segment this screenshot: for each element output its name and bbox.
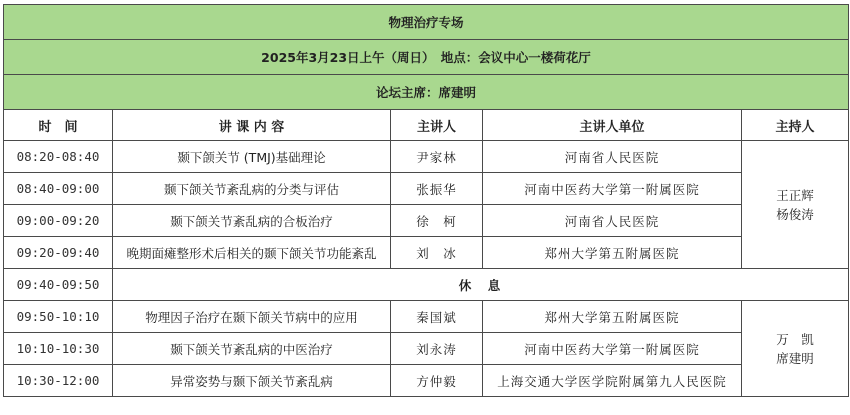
table-row: 09:00-09:20 颞下颌关节紊乱病的合板治疗 徐 柯 河南省人民医院 (4, 205, 849, 237)
table-row: 08:20-08:40 颞下颌关节 (TMJ)基础理论 尹家林 河南省人民医院 … (4, 141, 849, 173)
affiliation-cell: 河南省人民医院 (483, 205, 742, 237)
topic-cell: 颞下颌关节紊乱病的中医治疗 (113, 333, 391, 365)
affiliation-cell: 河南省人民医院 (483, 141, 742, 173)
topic-cell: 晚期面瘫整形术后相关的颞下颌关节功能紊乱 (113, 237, 391, 269)
schedule-table: 物理治疗专场 2025年3月23日上午（周日） 地点：会议中心一楼荷花厅 论坛主… (3, 4, 849, 397)
table-row: 10:10-10:30 颞下颌关节紊乱病的中医治疗 刘永涛 河南中医药大学第一附… (4, 333, 849, 365)
host-name: 王正辉 (742, 186, 848, 205)
affiliation-cell: 河南中医药大学第一附属医院 (483, 173, 742, 205)
header-speaker: 主讲人 (391, 110, 483, 141)
time-cell: 09:20-09:40 (4, 237, 113, 269)
header-topic: 讲 课 内 容 (113, 110, 391, 141)
table-row: 09:50-10:10 物理因子治疗在颞下颌关节病中的应用 秦国斌 郑州大学第五… (4, 301, 849, 333)
topic-cell: 颞下颌关节紊乱病的合板治疗 (113, 205, 391, 237)
host-cell-session1: 王正辉 杨俊涛 (742, 141, 849, 269)
affiliation-cell: 郑州大学第五附属医院 (483, 301, 742, 333)
speaker-cell: 秦国斌 (391, 301, 483, 333)
host-name: 万 凯 (742, 330, 848, 349)
topic-cell: 颞下颌关节紊乱病的分类与评估 (113, 173, 391, 205)
time-cell: 09:50-10:10 (4, 301, 113, 333)
topic-cell: 颞下颌关节 (TMJ)基础理论 (113, 141, 391, 173)
speaker-cell: 尹家林 (391, 141, 483, 173)
table-row: 10:30-12:00 异常姿势与颞下颌关节紊乱病 方仲毅 上海交通大学医学院附… (4, 365, 849, 397)
table-row: 08:40-09:00 颞下颌关节紊乱病的分类与评估 张振华 河南中医药大学第一… (4, 173, 849, 205)
break-row: 09:40-09:50 休 息 (4, 269, 849, 301)
speaker-cell: 徐 柯 (391, 205, 483, 237)
host-name: 席建明 (742, 349, 848, 368)
speaker-cell: 张振华 (391, 173, 483, 205)
column-header-row: 时 间 讲 课 内 容 主讲人 主讲人单位 主持人 (4, 110, 849, 141)
topic-cell: 物理因子治疗在颞下颌关节病中的应用 (113, 301, 391, 333)
header-host: 主持人 (742, 110, 849, 141)
affiliation-cell: 河南中医药大学第一附属医院 (483, 333, 742, 365)
speaker-cell: 刘永涛 (391, 333, 483, 365)
speaker-cell: 刘 冰 (391, 237, 483, 269)
time-cell: 08:20-08:40 (4, 141, 113, 173)
host-name: 杨俊涛 (742, 205, 848, 224)
host-cell-session2: 万 凯 席建明 (742, 301, 849, 397)
affiliation-cell: 上海交通大学医学院附属第九人民医院 (483, 365, 742, 397)
break-label: 休 息 (113, 269, 849, 301)
session-title: 物理治疗专场 (4, 5, 849, 40)
date-location: 2025年3月23日上午（周日） 地点：会议中心一楼荷花厅 (4, 40, 849, 75)
header-affiliation: 主讲人单位 (483, 110, 742, 141)
date-location-row: 2025年3月23日上午（周日） 地点：会议中心一楼荷花厅 (4, 40, 849, 75)
speaker-cell: 方仲毅 (391, 365, 483, 397)
table-row: 09:20-09:40 晚期面瘫整形术后相关的颞下颌关节功能紊乱 刘 冰 郑州大… (4, 237, 849, 269)
header-time: 时 间 (4, 110, 113, 141)
topic-cell: 异常姿势与颞下颌关节紊乱病 (113, 365, 391, 397)
time-cell: 10:30-12:00 (4, 365, 113, 397)
affiliation-cell: 郑州大学第五附属医院 (483, 237, 742, 269)
title-row: 物理治疗专场 (4, 5, 849, 40)
time-cell: 10:10-10:30 (4, 333, 113, 365)
time-cell: 08:40-09:00 (4, 173, 113, 205)
time-cell: 09:40-09:50 (4, 269, 113, 301)
time-cell: 09:00-09:20 (4, 205, 113, 237)
forum-chair: 论坛主席：席建明 (4, 75, 849, 110)
chair-row: 论坛主席：席建明 (4, 75, 849, 110)
